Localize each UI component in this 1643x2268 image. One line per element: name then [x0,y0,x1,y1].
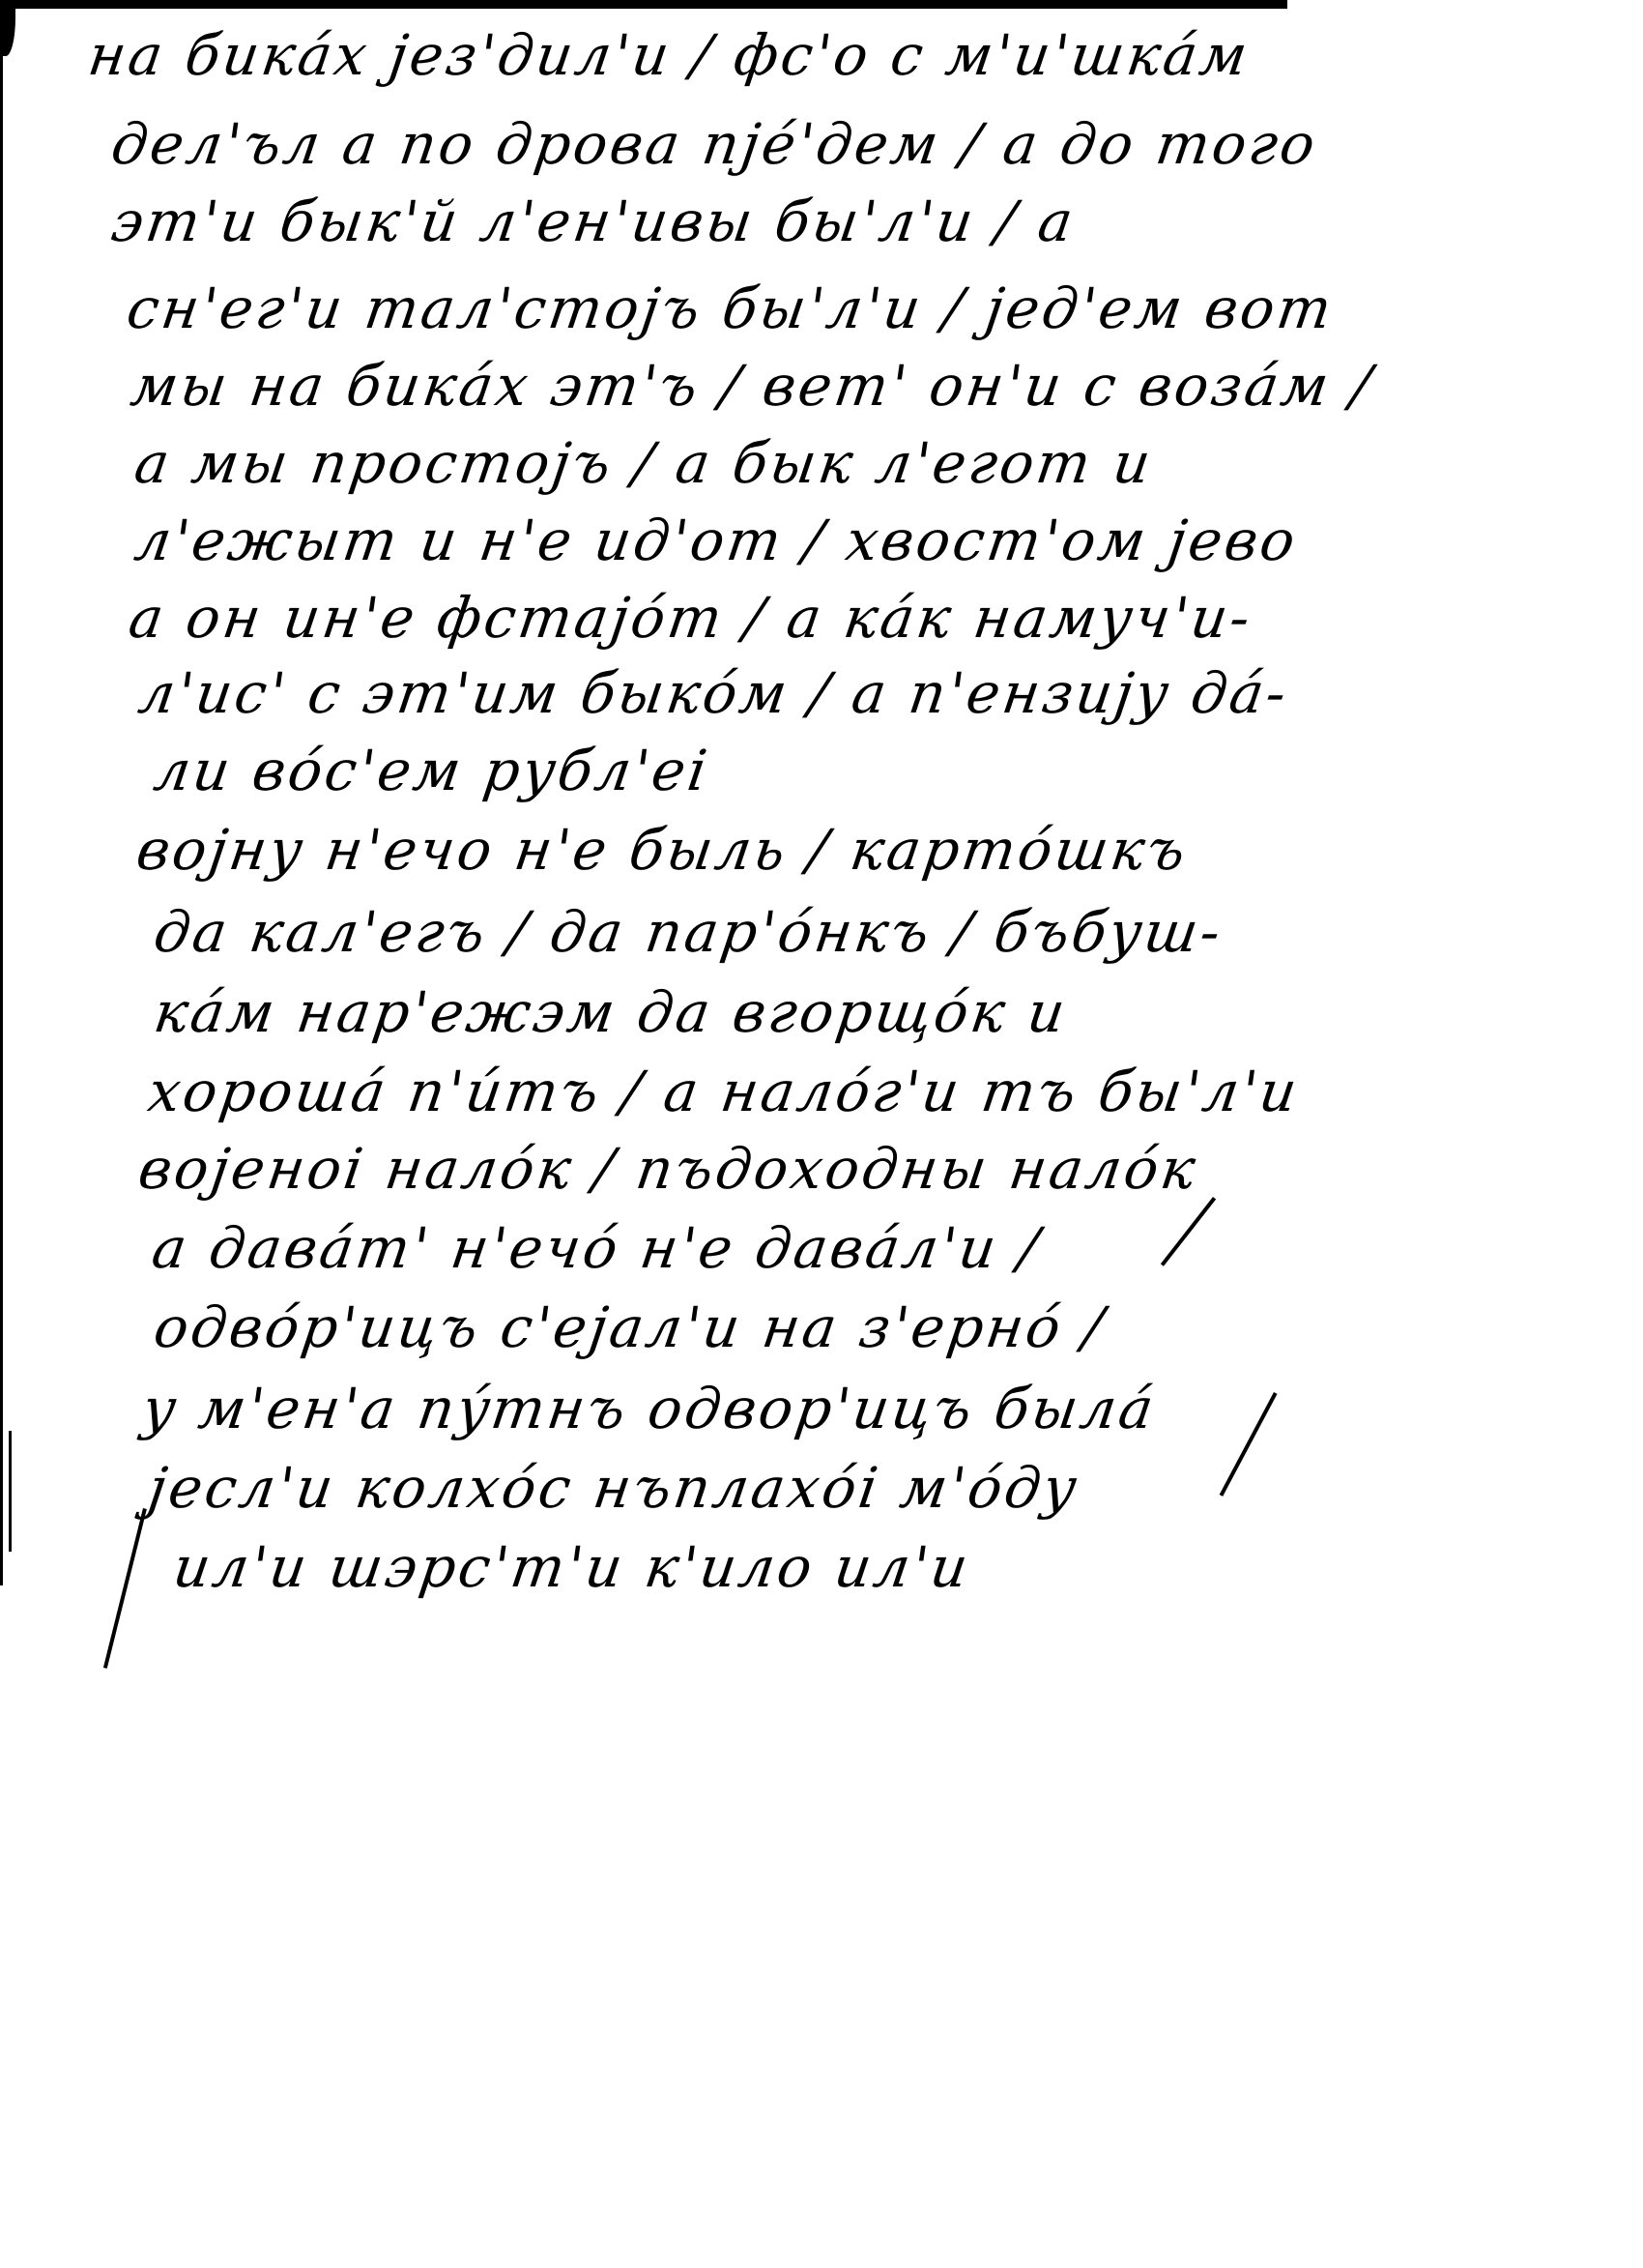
text-line-20: ил'и шэрс'т'и к'ило ил'и [170,1539,974,1595]
pen-stroke-margin [1161,1197,1216,1266]
pen-stroke-margin [103,1508,147,1669]
text-line-10: ли вóс'ем рубл'еi [151,742,713,799]
text-line-1: на бикáх jез'дил'и / фс'о с м'и'шкáм [85,27,1254,83]
text-line-18: у м'ен'а пýтнъ одвор'ицъ былá [139,1381,1160,1437]
scanned-page: на бикáх jез'дил'и / фс'о с м'и'шкáм дел… [0,0,1643,2268]
text-line-9: л'ис' с эт'им быкóм / а п'ензиjу дá- [135,665,1292,721]
text-line-6: а мы простоjъ / а бык л'егот и [131,435,1157,491]
text-line-11: воjну н'ечо н'е быль / картóшкъ [133,822,1192,878]
text-line-12: да кал'егъ / да пар'óнкъ / бъбуш- [151,904,1226,960]
text-line-16: а давáт' н'ечó н'е давáл'и / [149,1220,1045,1276]
text-line-5: мы на бикáх эт'ъ / вет' он'и с возáм / [128,358,1377,414]
text-line-13: кáм нар'ежэм да вгорщóк и [151,984,1071,1040]
text-line-3: эт'и бык'й л'ен'ивы бы'л'и / а [108,193,1079,249]
handwritten-text: на бикáх jез'дил'и / фс'о с м'и'шкáм дел… [0,0,1643,2268]
pen-stroke-margin [1220,1392,1278,1497]
text-line-4: сн'ег'и тал'стоjъ бы'л'и / jед'ем вот [124,280,1338,336]
text-line-15: воjеноi налóк / пъдоходны налóк [135,1141,1201,1197]
text-line-17: одвóр'ицъ с'еjал'и на з'ернó / [151,1299,1110,1355]
text-line-14: хорошá п'и́тъ / а налóг'и тъ бы'л'и [145,1063,1303,1119]
text-line-19: jесл'и колхóс нъплахói м'óду [145,1460,1082,1516]
text-line-7: л'ежыт и н'е ид'от / хвост'ом jево [131,512,1301,568]
text-line-2: дел'ъл а по дрова пjé'дем / а до того [108,116,1321,172]
text-line-8: а он ин'е фстаjóт / а кáк намуч'и- [126,590,1256,646]
